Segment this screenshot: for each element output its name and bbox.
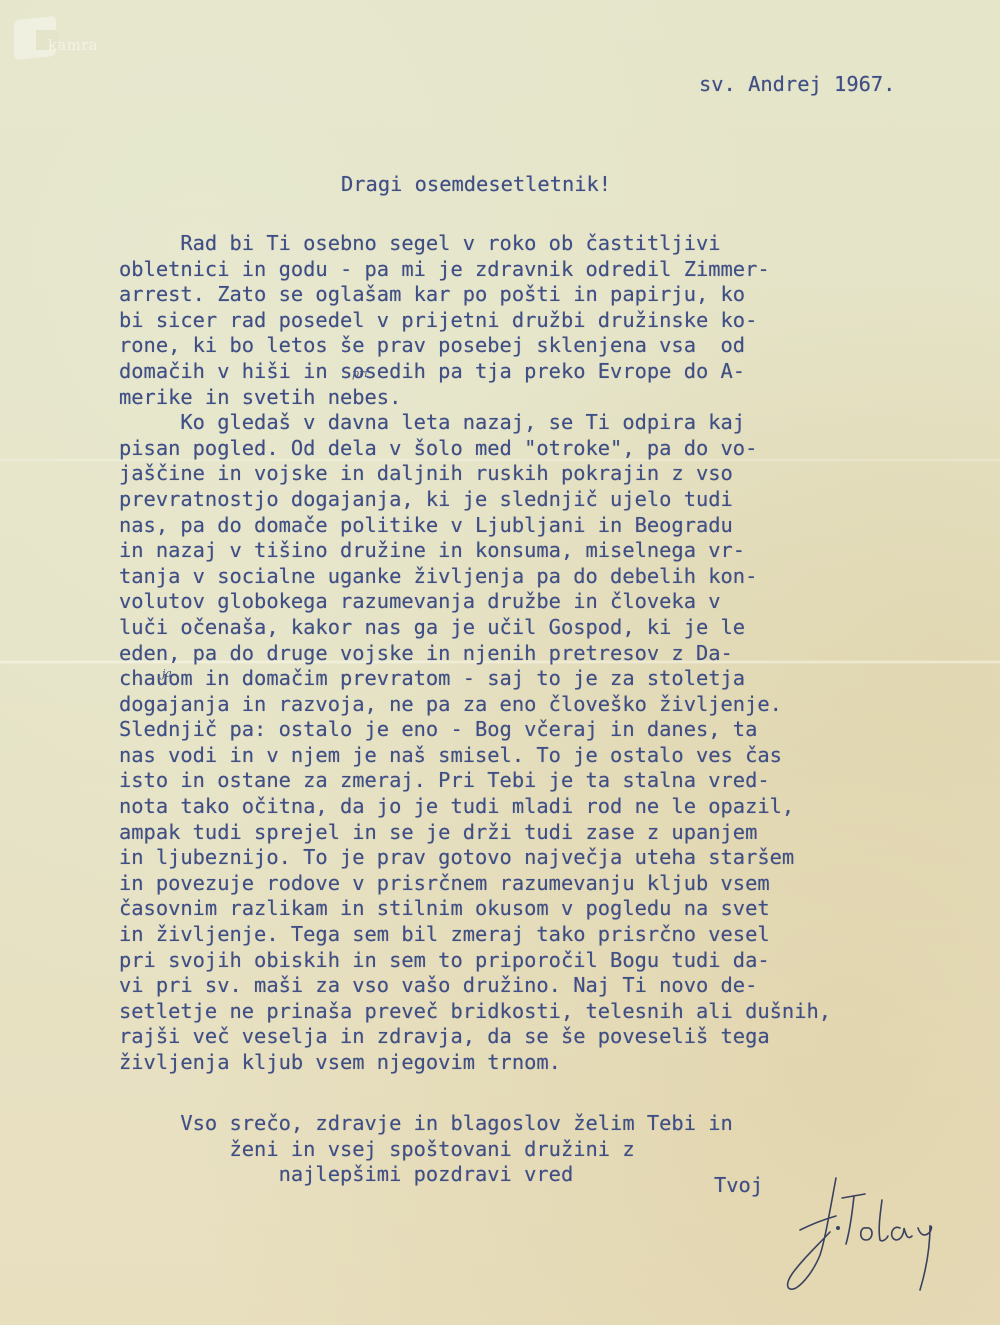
text-line: in ljubeznijo. To je prav gotovo največj… — [119, 845, 831, 871]
watermark-text: kamra — [48, 36, 98, 54]
letter-salutation: Dragi osemdesetletnik! — [341, 172, 611, 198]
text-line: časovnim razlikam in stilnim okusom v po… — [119, 896, 831, 922]
text-line: prevratnostjo dogajanja, ki je slednjič … — [119, 487, 831, 513]
text-line: nota tako očitna, da jo je tudi mladi ro… — [119, 794, 831, 820]
text-line: rone, ki bo letos še prav posebej sklenj… — [119, 333, 831, 359]
text-line: nas, pa do domače politike v Ljubljani i… — [119, 513, 831, 539]
text-line: življenja kljub vsem njegovim trnom. — [119, 1050, 831, 1076]
text-line: in povezuje rodove v prisrčnem razumevan… — [119, 871, 831, 897]
text-line: pri svojih obiskih in sem to priporočil … — [119, 948, 831, 974]
text-line: jaščine in vojske in daljnih ruskih pokr… — [119, 461, 831, 487]
text-line: ampak tudi sprejel in se je drži tudi za… — [119, 820, 831, 846]
text-line: obletnici in godu - pa mi je zdravnik od… — [119, 257, 831, 283]
handwritten-signature: J. Jolaj — [770, 1170, 970, 1300]
text-line: pisan pogled. Od dela v šolo med "otroke… — [119, 436, 831, 462]
text-line: tanja v socialne uganke življenja pa do … — [119, 564, 831, 590]
text-line: dogajanja in razvoja, ne pa za eno člove… — [119, 692, 831, 718]
text-line: arrest. Zato se oglašam kar po pošti in … — [119, 282, 831, 308]
text-line: vi pri sv. maši za vso vašo družino. Naj… — [119, 973, 831, 999]
text-line: ženi in vsej spoštovani družini z — [119, 1137, 733, 1163]
letter-body: Rad bi Ti osebno segel v roko ob častitl… — [119, 231, 831, 1076]
text-line: rajši več veselja in zdravja, da se še p… — [119, 1024, 831, 1050]
kamra-watermark: kamra — [14, 16, 112, 62]
text-line: chauom in domačim prevratom - saj to je … — [119, 666, 831, 692]
text-line: luči očenaša, kakor nas ga je učil Gospo… — [119, 615, 831, 641]
text-line: nas vodi in v njem je naš smisel. To je … — [119, 743, 831, 769]
text-line: domačih v hiši in sosedih pa tja preko E… — [119, 359, 831, 385]
text-line: eden, pa do druge vojske in njenih pretr… — [119, 641, 831, 667]
text-line: setletje ne prinaša preveč bridkosti, te… — [119, 999, 831, 1025]
letter-closing: Vso srečo, zdravje in blagoslov želim Te… — [119, 1111, 733, 1188]
text-line: Vso srečo, zdravje in blagoslov želim Te… — [119, 1111, 733, 1137]
text-line: Ko gledaš v davna leta nazaj, se Ti odpi… — [119, 410, 831, 436]
text-line: in nazaj v tišino družine in konsuma, mi… — [119, 538, 831, 564]
text-line: merike in svetih nebes. — [119, 385, 831, 411]
letter-valediction: Tvoj — [714, 1173, 763, 1199]
handwritten-insertion: ja — [162, 667, 172, 680]
text-line: isto in ostane za zmeraj. Pri Tebi je ta… — [119, 768, 831, 794]
text-line: in življenje. Tega sem bil zmeraj tako p… — [119, 922, 831, 948]
text-line: najlepšimi pozdravi vred — [119, 1162, 733, 1188]
handwritten-insertion: pri — [352, 367, 368, 380]
text-line: Rad bi Ti osebno segel v roko ob častitl… — [119, 231, 831, 257]
text-line: bi sicer rad posedel v prijetni družbi d… — [119, 308, 831, 334]
text-line: volutov globokega razumevanja družbe in … — [119, 589, 831, 615]
text-line: Slednjič pa: ostalo je eno - Bog včeraj … — [119, 717, 831, 743]
letter-date: sv. Andrej 1967. — [699, 72, 895, 98]
